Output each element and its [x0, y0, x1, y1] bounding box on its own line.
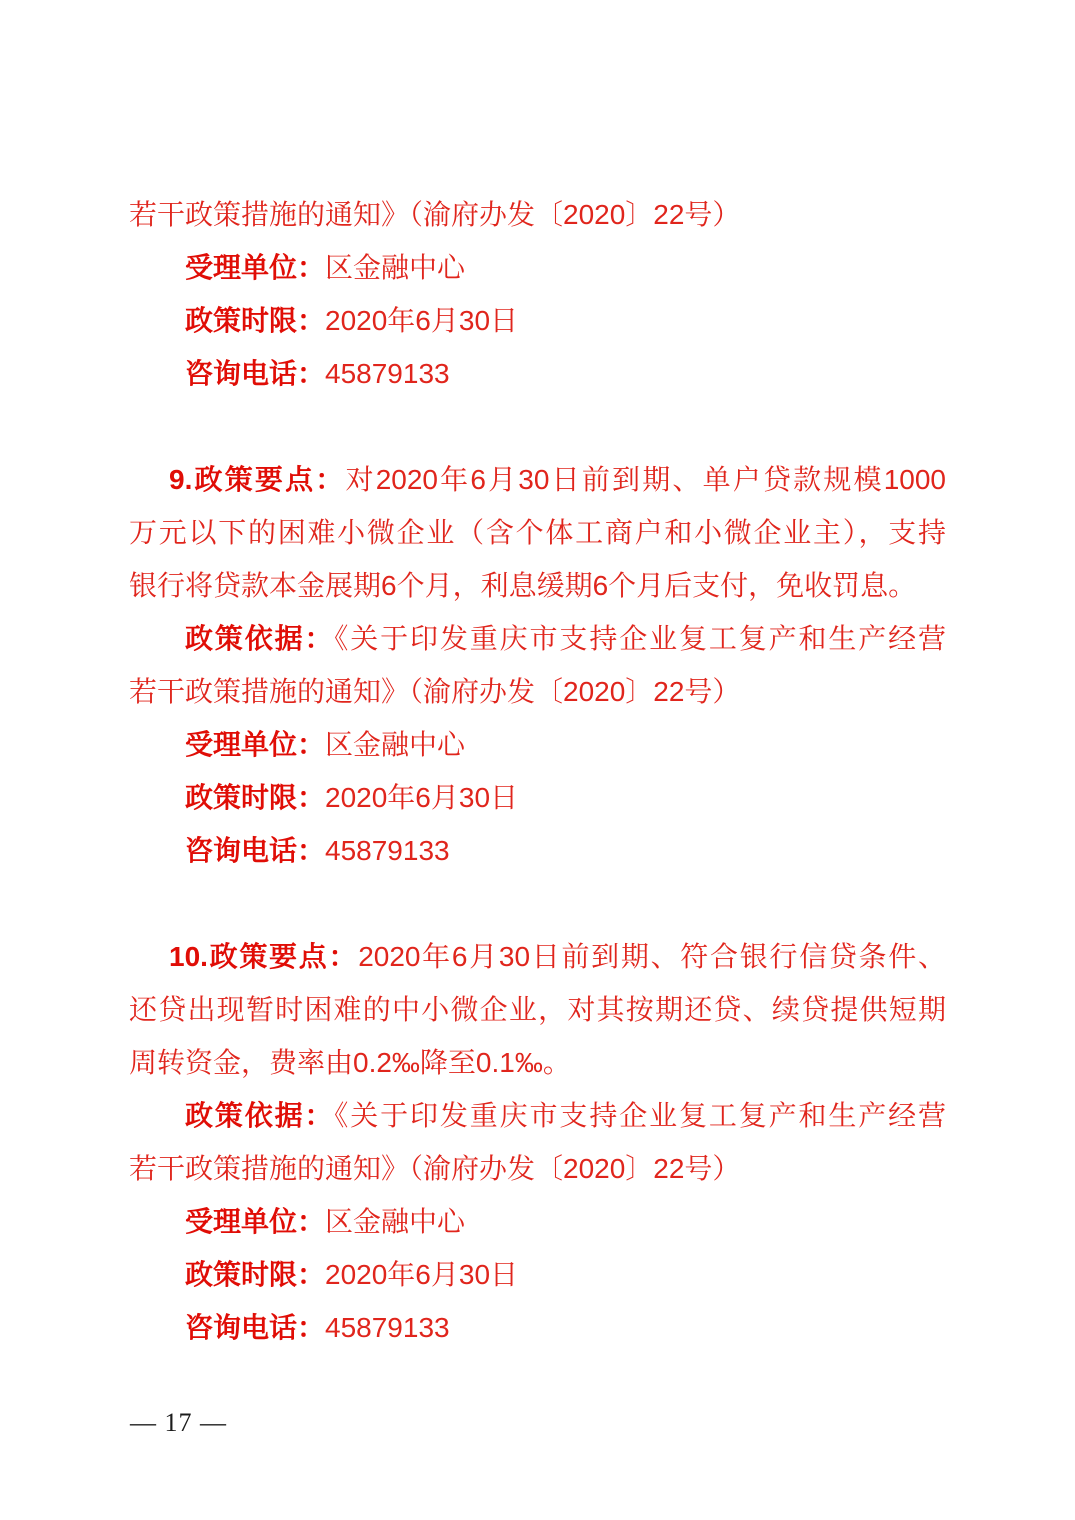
line-text: 区金融中心 — [325, 729, 465, 760]
line-text: 2020年6月30日 — [325, 782, 518, 813]
document-line: 10.政策要点：2020年6月30日前到期、符合银行信贷条件、 — [129, 930, 946, 983]
document-body: 若干政策措施的通知》（渝府办发〔2020〕22号）受理单位：区金融中心政策时限：… — [129, 188, 946, 1354]
field-label: 政策时限： — [185, 1259, 325, 1290]
field-label: 受理单位： — [185, 1206, 325, 1237]
document-line: 还贷出现暂时困难的中小微企业，对其按期还贷、续贷提供短期 — [129, 983, 946, 1036]
line-text: 区金融中心 — [325, 252, 465, 283]
document-line: 咨询电话：45879133 — [129, 347, 946, 400]
line-text: 区金融中心 — [325, 1206, 465, 1237]
line-text: 《关于印发重庆市支持企业复工复产和生产经营 — [334, 1100, 946, 1131]
line-text: 2020年6月30日 — [325, 1259, 518, 1290]
line-text: 2020年6月30日前到期、符合银行信贷条件、 — [358, 941, 946, 972]
line-text: 对2020年6月30日前到期、单户贷款规模1000 — [346, 464, 947, 495]
blank-line — [129, 877, 946, 930]
document-line: 若干政策措施的通知》（渝府办发〔2020〕22号） — [129, 665, 946, 718]
line-text: 45879133 — [325, 1312, 450, 1343]
document-line: 政策时限：2020年6月30日 — [129, 771, 946, 824]
document-line: 政策依据：《关于印发重庆市支持企业复工复产和生产经营 — [129, 612, 946, 665]
blank-line — [129, 400, 946, 453]
field-label: 咨询电话： — [185, 835, 325, 866]
document-line: 9.政策要点：对2020年6月30日前到期、单户贷款规模1000 — [129, 453, 946, 506]
page-footer: — 17 — — [130, 1403, 227, 1443]
document-line: 若干政策措施的通知》（渝府办发〔2020〕22号） — [129, 188, 946, 241]
field-label: 咨询电话： — [185, 1312, 325, 1343]
field-label: 政策依据： — [185, 623, 334, 654]
document-line: 若干政策措施的通知》（渝府办发〔2020〕22号） — [129, 1142, 946, 1195]
document-line: 政策依据：《关于印发重庆市支持企业复工复产和生产经营 — [129, 1089, 946, 1142]
field-label: 政策时限： — [185, 782, 325, 813]
document-page: 若干政策措施的通知》（渝府办发〔2020〕22号）受理单位：区金融中心政策时限：… — [0, 0, 1075, 1520]
document-line: 银行将贷款本金展期6个月，利息缓期6个月后支付，免收罚息。 — [129, 559, 946, 612]
document-line: 咨询电话：45879133 — [129, 1301, 946, 1354]
line-text: 《关于印发重庆市支持企业复工复产和生产经营 — [334, 623, 946, 654]
line-text: 银行将贷款本金展期6个月，利息缓期6个月后支付，免收罚息。 — [129, 570, 916, 601]
line-text: 2020年6月30日 — [325, 305, 518, 336]
line-text: 还贷出现暂时困难的中小微企业，对其按期还贷、续贷提供短期 — [129, 994, 946, 1025]
page-number: — 17 — — [130, 1408, 227, 1437]
document-line: 受理单位：区金融中心 — [129, 718, 946, 771]
line-text: 周转资金，费率由0.2‰降至0.1‰。 — [129, 1047, 571, 1078]
document-line: 周转资金，费率由0.2‰降至0.1‰。 — [129, 1036, 946, 1089]
field-label: 9.政策要点： — [169, 464, 346, 495]
line-text: 若干政策措施的通知》（渝府办发〔2020〕22号） — [129, 199, 740, 230]
document-line: 受理单位：区金融中心 — [129, 241, 946, 294]
document-line: 政策时限：2020年6月30日 — [129, 1248, 946, 1301]
document-line: 万元以下的困难小微企业（含个体工商户和小微企业主），支持 — [129, 506, 946, 559]
field-label: 政策依据： — [185, 1100, 334, 1131]
line-text: 45879133 — [325, 835, 450, 866]
field-label: 受理单位： — [185, 252, 325, 283]
document-line: 受理单位：区金融中心 — [129, 1195, 946, 1248]
line-text: 若干政策措施的通知》（渝府办发〔2020〕22号） — [129, 676, 740, 707]
document-line: 政策时限：2020年6月30日 — [129, 294, 946, 347]
field-label: 政策时限： — [185, 305, 325, 336]
field-label: 受理单位： — [185, 729, 325, 760]
field-label: 10.政策要点： — [169, 941, 358, 972]
field-label: 咨询电话： — [185, 358, 325, 389]
line-text: 若干政策措施的通知》（渝府办发〔2020〕22号） — [129, 1153, 740, 1184]
line-text: 万元以下的困难小微企业（含个体工商户和小微企业主），支持 — [129, 517, 946, 548]
line-text: 45879133 — [325, 358, 450, 389]
document-line: 咨询电话：45879133 — [129, 824, 946, 877]
